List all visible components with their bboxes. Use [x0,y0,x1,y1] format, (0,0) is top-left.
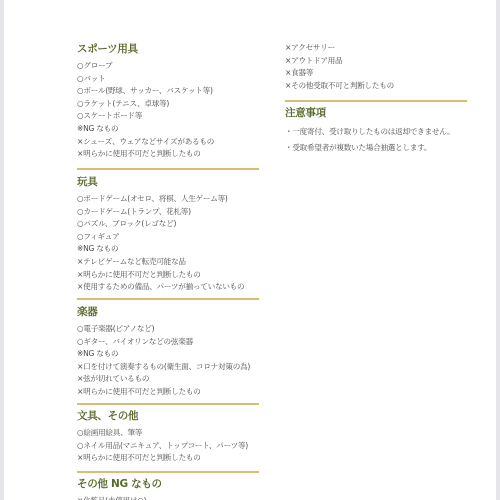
list-item: ○スケートボード等 [77,110,259,123]
section-heading: 注意事項 [285,106,467,120]
list-item: ×アウトドア用品 [285,55,467,68]
list-item: ○グローブ [77,60,259,73]
list-item: ○ネイル用品(マニキュア、トップコート、パーツ等) [77,440,259,453]
list-item: ×その他受取不可と判断したもの [285,80,467,93]
list-item: ×食器等 [285,67,467,80]
section-notes: 注意事項 ・一度寄付、受け取りしたものは返却できません。 ・受取希望者が複数いた… [285,106,467,156]
list-item: ○ギター、バイオリンなどの弦楽器 [77,336,259,349]
document-page: スポーツ用具 ○グローブ ○バット ○ボール(野球、サッカー、バスケット等) ○… [4,0,496,500]
section-instruments: 楽器 ○電子楽器(ピアノなど) ○ギター、バイオリンなどの弦楽器 ※NG なもの… [77,305,259,399]
section-heading: 玩具 [77,175,259,189]
list-item: ○ボードゲーム(オセロ、将棋、人生ゲーム等) [77,193,259,206]
section-heading: その他 NG なもの [77,477,259,491]
list-item: ×明らかに使用不可だと判断したもの [77,148,259,161]
note-item: ・一度寄付、受け取りしたものは返却できません。 [285,124,467,140]
list-item: ※NG なもの [77,123,259,136]
section-divider [77,298,259,300]
section-divider [77,403,259,405]
list-item: ×アクセサリー [285,42,467,55]
list-item: ×明らかに使用不可だと判断したもの [77,386,259,399]
section-toys: 玩具 ○ボードゲーム(オセロ、将棋、人生ゲーム等) ○カードゲーム(トランプ、花… [77,175,259,294]
list-item: ×化粧品(未使用は○) [77,495,259,500]
section-heading: スポーツ用具 [77,42,259,56]
section-sports: スポーツ用具 ○グローブ ○バット ○ボール(野球、サッカー、バスケット等) ○… [77,42,259,161]
list-item: ※NG なもの [77,348,259,361]
list-item: ○パズル、ブロック(レゴなど) [77,218,259,231]
section-other-ng-continued: ×アクセサリー ×アウトドア用品 ×食器等 ×その他受取不可と判断したもの [285,42,467,92]
list-item: ×明らかに使用不可だと判断したもの [77,269,259,282]
list-item: ※NG なもの [77,243,259,256]
section-divider [285,100,467,102]
list-item: ×テレビゲームなど転売可能な品 [77,256,259,269]
list-item: ×弦が切れているもの [77,373,259,386]
list-item: ○カードゲーム(トランプ、花札等) [77,206,259,219]
section-stationery: 文具、その他 ○絵画用絵具、筆等 ○ネイル用品(マニキュア、トップコート、パーツ… [77,409,259,465]
section-heading: 文具、その他 [77,409,259,423]
list-item: ×口を付けて演奏するもの(衛生面、コロナ対策の為) [77,361,259,374]
list-item: ×使用するための備品、パーツが揃っていないもの [77,281,259,294]
list-item: ○バット [77,73,259,86]
list-item: ×シューズ、ウェアなどサイズがあるもの [77,136,259,149]
list-item: ○ラケット(テニス、卓球等) [77,98,259,111]
section-divider [77,168,259,170]
note-item: ・受取希望者が複数いた場合抽選とします。 [285,140,467,156]
section-other-ng: その他 NG なもの ×化粧品(未使用は○) [77,477,259,500]
section-heading: 楽器 [77,305,259,319]
list-item: ○フィギュア [77,231,259,244]
list-item: ×明らかに使用不可だと判断したもの [77,452,259,465]
list-item: ○電子楽器(ピアノなど) [77,323,259,336]
list-item: ○ボール(野球、サッカー、バスケット等) [77,85,259,98]
section-divider [77,471,259,473]
list-item: ○絵画用絵具、筆等 [77,427,259,440]
